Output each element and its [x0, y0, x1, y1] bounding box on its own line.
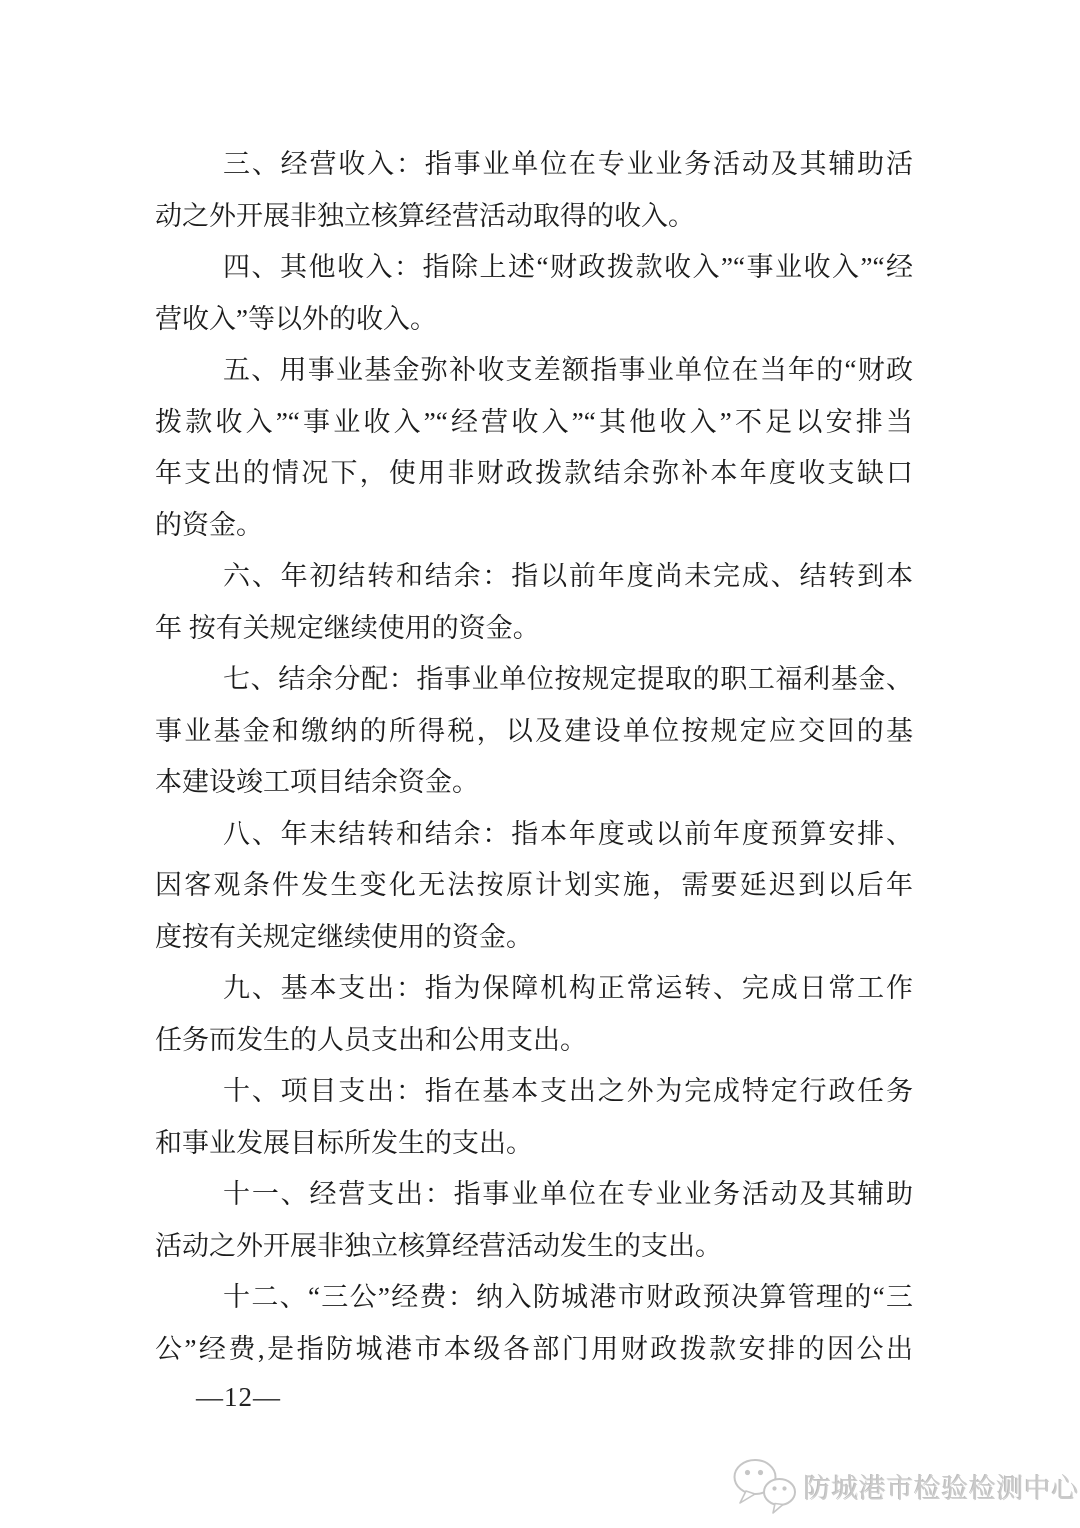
document-body: 三、经营收入：指事业单位在专业业务活动及其辅助活动之外开展非独立核算经营活动取得…	[155, 139, 913, 1375]
text-line: 事业基金和缴纳的所得税，以及建设单位按规定应交回的基	[155, 706, 913, 758]
text-line: 营收入”等以外的收入。	[155, 294, 913, 346]
text-line: 动之外开展非独立核算经营活动取得的收入。	[155, 191, 913, 243]
text-line: 本建设竣工项目结余资金。	[155, 757, 913, 809]
text-line: 九、基本支出：指为保障机构正常运转、完成日常工作	[155, 963, 913, 1015]
watermark: 防城港市检验检测中心	[731, 1456, 1079, 1516]
text-line: 的资金。	[155, 500, 913, 552]
text-line: 度按有关规定继续使用的资金。	[155, 912, 913, 964]
text-line: 十二、“三公”经费：纳入防城港市财政预决算管理的“三	[155, 1272, 913, 1324]
text-line: 因客观条件发生变化无法按原计划实施，需要延迟到以后年	[155, 860, 913, 912]
text-line: 六、年初结转和结余：指以前年度尚未完成、结转到本	[155, 551, 913, 603]
watermark-text: 防城港市检验检测中心	[804, 1467, 1079, 1506]
text-line: 四、其他收入：指除上述“财政拨款收入”“事业收入”“经	[155, 242, 913, 294]
text-line: 年 按有关规定继续使用的资金。	[155, 603, 913, 655]
text-line: 和事业发展目标所发生的支出。	[155, 1118, 913, 1170]
text-line: 八、年末结转和结余：指本年度或以前年度预算安排、	[155, 809, 913, 861]
text-line: 年支出的情况下，使用非财政拨款结余弥补本年度收支缺口	[155, 448, 913, 500]
text-line: 十、项目支出：指在基本支出之外为完成特定行政任务	[155, 1066, 913, 1118]
wechat-icon	[731, 1456, 799, 1516]
text-line: 七、结余分配：指事业单位按规定提取的职工福利基金、	[155, 654, 913, 706]
page-number: —12—	[196, 1382, 281, 1413]
text-line: 三、经营收入：指事业单位在专业业务活动及其辅助活	[155, 139, 913, 191]
document-page: 三、经营收入：指事业单位在专业业务活动及其辅助活动之外开展非独立核算经营活动取得…	[0, 0, 1080, 1528]
text-line: 活动之外开展非独立核算经营活动发生的支出。	[155, 1221, 913, 1273]
text-line: 十一、经营支出：指事业单位在专业业务活动及其辅助	[155, 1169, 913, 1221]
text-line: 任务而发生的人员支出和公用支出。	[155, 1015, 913, 1067]
text-line: 公”经费,是指防城港市本级各部门用财政拨款安排的因公出	[155, 1324, 913, 1376]
text-line: 拨款收入”“事业收入”“经营收入”“其他收入”不足以安排当	[155, 397, 913, 449]
text-line: 五、用事业基金弥补收支差额指事业单位在当年的“财政	[155, 345, 913, 397]
